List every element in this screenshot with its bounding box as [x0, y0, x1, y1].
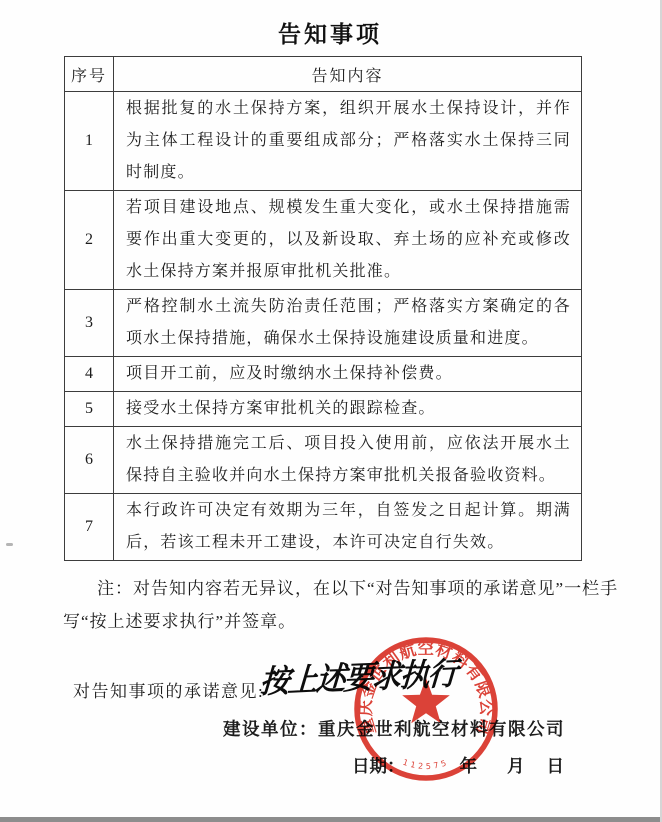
notice-content-cell: 严格控制水土流失防治责任范围；严格落实方案确定的各项水土保持措施，确保水土保持设… [114, 290, 582, 357]
row-number-cell: 1 [65, 92, 114, 191]
date-year-label: 年 [460, 756, 478, 776]
table-row: 5 接受水土保持方案审批机关的跟踪检查。 [65, 392, 582, 427]
commitment-label: 对告知事项的承诺意见: [73, 682, 264, 701]
scan-edge [0, 817, 660, 822]
header-content: 告知内容 [114, 57, 582, 92]
date-label: 日期： [352, 756, 405, 776]
notice-content-cell: 本行政许可决定有效期为三年，自签发之日起计算。期满后，若该工程未开工建设，本许可… [114, 494, 582, 561]
commitment-line: 对告知事项的承诺意见:按上述要求执行 [73, 662, 660, 706]
table-row: 1 根据批复的水土保持方案，组织开展水土保持设计，并作为主体工程设计的重要组成部… [65, 92, 582, 191]
note-paragraph: 注：对告知内容若无异议，在以下“对告知事项的承诺意见”一栏手写“按上述要求执行”… [63, 572, 620, 638]
table-row: 7 本行政许可决定有效期为三年，自签发之日起计算。期满后，若该工程未开工建设，本… [65, 494, 582, 561]
construction-unit-line: 建设单位：重庆金世利航空材料有限公司 [223, 716, 565, 741]
scanned-document-page: 告知事项 序号 告知内容 1 根据批复的水土保持方案，组织开展水土保持设计，并作… [0, 0, 662, 822]
date-line: 日期：年月日 [352, 753, 564, 778]
header-no: 序号 [65, 57, 114, 92]
notice-content-cell: 水土保持措施完工后、项目投入使用前，应依法开展水土保持自主验收并向水土保持方案审… [114, 427, 582, 494]
table-row: 3 严格控制水土流失防治责任范围；严格落实方案确定的各项水土保持措施，确保水土保… [65, 290, 582, 357]
row-number-cell: 3 [65, 290, 114, 357]
unit-name: 重庆金世利航空材料有限公司 [318, 719, 565, 739]
notice-content-cell: 若项目建设地点、规模发生重大变化，或水土保持措施需要作出重大变更的，以及新设取、… [114, 191, 582, 290]
row-number-cell: 6 [65, 427, 114, 494]
row-number-cell: 2 [65, 191, 114, 290]
row-number-cell: 4 [65, 357, 114, 392]
page-title: 告知事项 [0, 16, 660, 49]
notice-table: 序号 告知内容 1 根据批复的水土保持方案，组织开展水土保持设计，并作为主体工程… [64, 56, 582, 561]
notice-content-cell: 根据批复的水土保持方案，组织开展水土保持设计，并作为主体工程设计的重要组成部分；… [114, 92, 582, 191]
table-row: 6 水土保持措施完工后、项目投入使用前，应依法开展水土保持自主验收并向水土保持方… [65, 427, 582, 494]
handwritten-commitment: 按上述要求执行 [259, 647, 458, 702]
scan-artifact [6, 543, 13, 546]
notice-content-cell: 项目开工前，应及时缴纳水土保持补偿费。 [114, 357, 582, 392]
row-number-cell: 5 [65, 392, 114, 427]
table-row: 2 若项目建设地点、规模发生重大变化，或水土保持措施需要作出重大变更的，以及新设… [65, 191, 582, 290]
table-row: 4 项目开工前，应及时缴纳水土保持补偿费。 [65, 357, 582, 392]
notice-content-cell: 接受水土保持方案审批机关的跟踪检查。 [114, 392, 582, 427]
row-number-cell: 7 [65, 494, 114, 561]
date-day-label: 日 [547, 756, 565, 776]
date-month-label: 月 [507, 756, 525, 776]
unit-label: 建设单位： [223, 719, 318, 739]
table-header-row: 序号 告知内容 [65, 57, 582, 92]
